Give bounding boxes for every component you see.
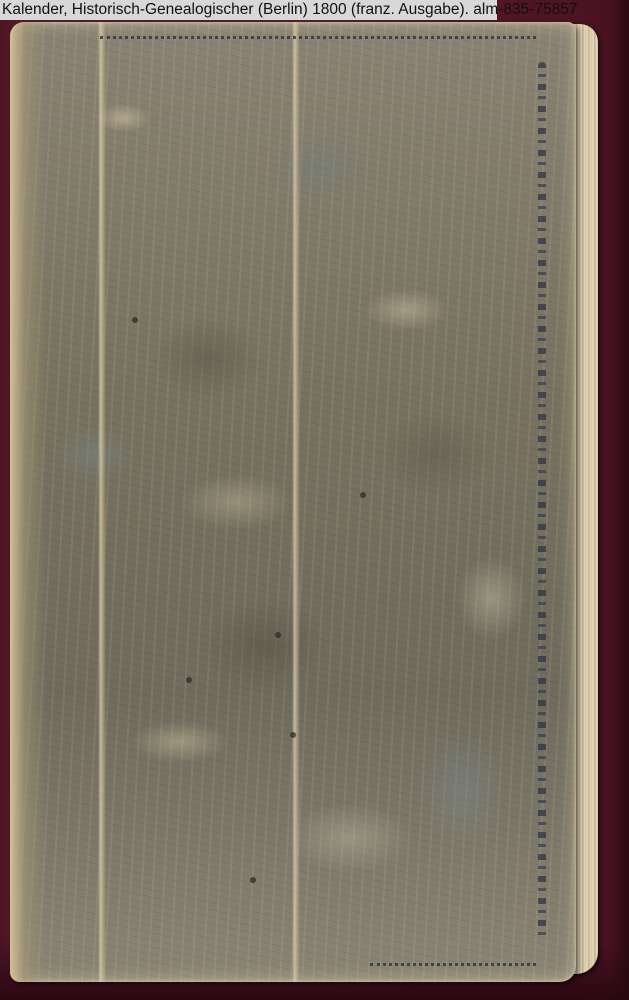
book-cover: [10, 22, 576, 982]
right-border-ornament: [538, 62, 546, 942]
stain-speck: [250, 877, 256, 883]
bottom-border-ornament: [370, 963, 536, 966]
top-border-ornament: [100, 36, 536, 39]
spine-crease: [98, 22, 106, 982]
stain-speck: [275, 632, 281, 638]
stain-speck: [290, 732, 296, 738]
worn-left-edge: [10, 22, 46, 982]
center-crease: [292, 22, 300, 982]
stain-speck: [186, 677, 192, 683]
stain-speck: [360, 492, 366, 498]
image-caption: Kalender, Historisch-Genealogischer (Ber…: [0, 0, 497, 20]
stain-speck: [132, 317, 138, 323]
